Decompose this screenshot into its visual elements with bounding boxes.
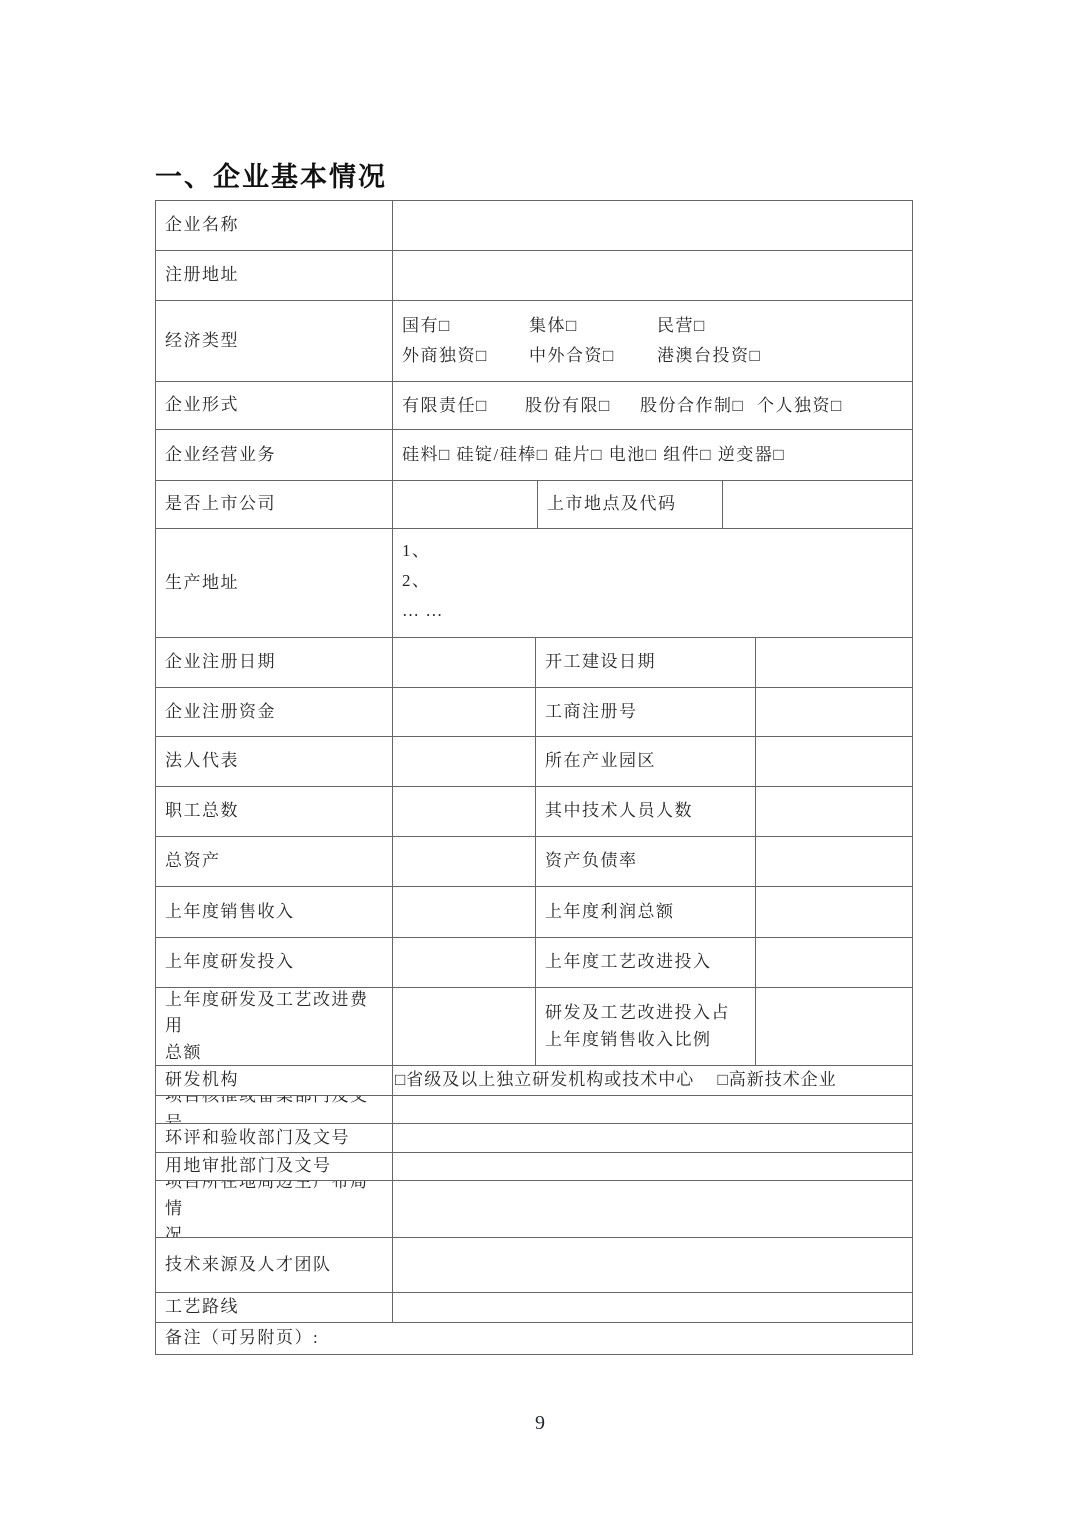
rd-expense-total-value-field[interactable] — [393, 988, 536, 1065]
row-registered-capital: 企业注册资金工商注册号 — [156, 688, 912, 737]
listed-company-label: 是否上市公司 — [156, 481, 393, 528]
page-number: 9 — [0, 1412, 1080, 1435]
row-registered-address: 注册地址 — [156, 251, 912, 301]
legal-representative-value-field[interactable] — [393, 737, 536, 786]
row-project-approval-doc: 项目核准或备案部门及文号 — [156, 1096, 912, 1124]
row-tech-source-team: 技术来源及人才团队 — [156, 1238, 912, 1293]
economic-type-checkbox-option[interactable]: 民营□ — [657, 311, 706, 341]
row-registration-date: 企业注册日期开工建设日期 — [156, 638, 912, 688]
rd-expense-total-label: 上年度研发及工艺改进费用 总额 — [156, 988, 393, 1065]
surrounding-production-layout-value-field[interactable] — [393, 1181, 912, 1237]
economic-type-options-line-2: 外商独资□中外合资□港澳台投资□ — [402, 341, 903, 371]
registered-capital-label: 企业注册资金 — [156, 688, 393, 736]
row-rd-institution: 研发机构□省级及以上独立研发机构或技术中心 □高新技术企业 — [156, 1066, 912, 1096]
tech-source-team-label: 技术来源及人才团队 — [156, 1238, 393, 1292]
row-eia-acceptance-doc: 环评和验收部门及文号 — [156, 1124, 912, 1153]
enterprise-form-options-line-1: 有限责任□股份有限□股份合作制□个人独资□ — [402, 391, 903, 421]
row-surrounding-production-layout: 项目所在地周边生产布局情 况 — [156, 1181, 912, 1238]
economic-type-options-line-1: 国有□集体□民营□ — [402, 311, 903, 341]
registered-capital-value-field[interactable] — [393, 688, 536, 736]
row-remarks: 备注（可另附页）: — [156, 1323, 912, 1354]
row-total-assets: 总资产资产负债率 — [156, 837, 912, 887]
row-listed-company: 是否上市公司上市地点及代码 — [156, 481, 912, 529]
row-legal-representative: 法人代表所在产业园区 — [156, 737, 912, 787]
legal-representative-label-2: 所在产业园区 — [536, 737, 756, 786]
last-year-sales-value-field[interactable] — [393, 887, 536, 937]
row-enterprise-form: 企业形式有限责任□股份有限□股份合作制□个人独资□ — [156, 382, 912, 430]
last-year-rd-investment-label: 上年度研发投入 — [156, 938, 393, 987]
last-year-sales-label: 上年度销售收入 — [156, 887, 393, 937]
remarks-label: 备注（可另附页）: — [156, 1323, 912, 1354]
enterprise-form-checkbox-option[interactable]: 股份合作制□ — [640, 391, 757, 421]
last-year-sales-value-field-2[interactable] — [756, 887, 912, 937]
business-scope-label: 企业经营业务 — [156, 430, 393, 480]
enterprise-name-value-field[interactable] — [393, 201, 912, 250]
listed-company-value-field[interactable] — [393, 481, 538, 528]
registration-date-label: 企业注册日期 — [156, 638, 393, 687]
total-employees-label: 职工总数 — [156, 787, 393, 836]
enterprise-form-label: 企业形式 — [156, 382, 393, 429]
total-assets-value-field[interactable] — [393, 837, 536, 886]
legal-representative-value-field-2[interactable] — [756, 737, 912, 786]
row-enterprise-name: 企业名称 — [156, 201, 912, 251]
rd-expense-total-label-2: 研发及工艺改进投入占 上年度销售收入比例 — [536, 988, 756, 1065]
row-business-scope: 企业经营业务硅料□ 硅锭/硅棒□ 硅片□ 电池□ 组件□ 逆变器□ — [156, 430, 912, 481]
business-scope-checkbox-options[interactable]: 硅料□ 硅锭/硅棒□ 硅片□ 电池□ 组件□ 逆变器□ — [393, 430, 912, 480]
registered-capital-value-field-2[interactable] — [756, 688, 912, 736]
economic-type-checkbox-option[interactable]: 港澳台投资□ — [657, 341, 761, 371]
production-address-label: 生产地址 — [156, 529, 393, 637]
row-last-year-rd-investment: 上年度研发投入上年度工艺改进投入 — [156, 938, 912, 988]
row-process-route: 工艺路线 — [156, 1293, 912, 1323]
last-year-sales-label-2: 上年度利润总额 — [536, 887, 756, 937]
enterprise-form-checkbox-options: 有限责任□股份有限□股份合作制□个人独资□ — [393, 382, 912, 429]
registered-address-value-field[interactable] — [393, 251, 912, 300]
legal-representative-label: 法人代表 — [156, 737, 393, 786]
listed-company-label-2: 上市地点及代码 — [538, 481, 723, 528]
eia-acceptance-doc-label: 环评和验收部门及文号 — [156, 1124, 393, 1152]
row-last-year-sales: 上年度销售收入上年度利润总额 — [156, 887, 912, 938]
land-approval-doc-label: 用地审批部门及文号 — [156, 1153, 393, 1180]
total-assets-value-field-2[interactable] — [756, 837, 912, 886]
rd-institution-label: 研发机构 — [156, 1066, 393, 1095]
last-year-rd-investment-value-field[interactable] — [393, 938, 536, 987]
economic-type-checkbox-option[interactable]: 集体□ — [529, 311, 657, 341]
document-page: 一、企业基本情况 企业名称注册地址经济类型国有□集体□民营□外商独资□中外合资□… — [0, 0, 1080, 1527]
row-land-approval-doc: 用地审批部门及文号 — [156, 1153, 912, 1181]
registered-address-label: 注册地址 — [156, 251, 393, 300]
form-table: 企业名称注册地址经济类型国有□集体□民营□外商独资□中外合资□港澳台投资□企业形… — [155, 200, 913, 1355]
registered-capital-label-2: 工商注册号 — [536, 688, 756, 736]
total-employees-value-field[interactable] — [393, 787, 536, 836]
project-approval-doc-value-field[interactable] — [393, 1096, 912, 1123]
tech-source-team-value-field[interactable] — [393, 1238, 912, 1292]
land-approval-doc-value-field[interactable] — [393, 1153, 912, 1180]
eia-acceptance-doc-value-field[interactable] — [393, 1124, 912, 1152]
registration-date-value-field[interactable] — [393, 638, 536, 687]
enterprise-name-label: 企业名称 — [156, 201, 393, 250]
rd-institution-checkbox-options[interactable]: □省级及以上独立研发机构或技术中心 □高新技术企业 — [393, 1066, 912, 1095]
rd-expense-total-value-field-2[interactable] — [756, 988, 912, 1065]
total-assets-label: 总资产 — [156, 837, 393, 886]
section-title: 一、企业基本情况 — [155, 155, 387, 194]
total-employees-value-field-2[interactable] — [756, 787, 912, 836]
enterprise-form-checkbox-option[interactable]: 股份有限□ — [525, 391, 640, 421]
enterprise-form-checkbox-option[interactable]: 个人独资□ — [757, 391, 843, 421]
surrounding-production-layout-label: 项目所在地周边生产布局情 况 — [156, 1181, 393, 1237]
economic-type-checkbox-options: 国有□集体□民营□外商独资□中外合资□港澳台投资□ — [393, 301, 912, 381]
total-assets-label-2: 资产负债率 — [536, 837, 756, 886]
row-rd-expense-total: 上年度研发及工艺改进费用 总额研发及工艺改进投入占 上年度销售收入比例 — [156, 988, 912, 1066]
registration-date-label-2: 开工建设日期 — [536, 638, 756, 687]
row-production-address: 生产地址1、 2、 … … — [156, 529, 912, 638]
row-total-employees: 职工总数其中技术人员人数 — [156, 787, 912, 837]
economic-type-checkbox-option[interactable]: 外商独资□ — [402, 341, 529, 371]
registration-date-value-field-2[interactable] — [756, 638, 912, 687]
listed-company-value-field-2[interactable] — [723, 481, 912, 528]
economic-type-label: 经济类型 — [156, 301, 393, 381]
production-address-content: 1、 2、 … … — [393, 529, 912, 637]
process-route-value-field[interactable] — [393, 1293, 912, 1322]
project-approval-doc-label: 项目核准或备案部门及文号 — [156, 1096, 393, 1123]
economic-type-checkbox-option[interactable]: 国有□ — [402, 311, 529, 341]
row-economic-type: 经济类型国有□集体□民营□外商独资□中外合资□港澳台投资□ — [156, 301, 912, 382]
economic-type-checkbox-option[interactable]: 中外合资□ — [529, 341, 657, 371]
last-year-rd-investment-value-field-2[interactable] — [756, 938, 912, 987]
enterprise-form-checkbox-option[interactable]: 有限责任□ — [402, 391, 525, 421]
process-route-label: 工艺路线 — [156, 1293, 393, 1322]
last-year-rd-investment-label-2: 上年度工艺改进投入 — [536, 938, 756, 987]
total-employees-label-2: 其中技术人员人数 — [536, 787, 756, 836]
